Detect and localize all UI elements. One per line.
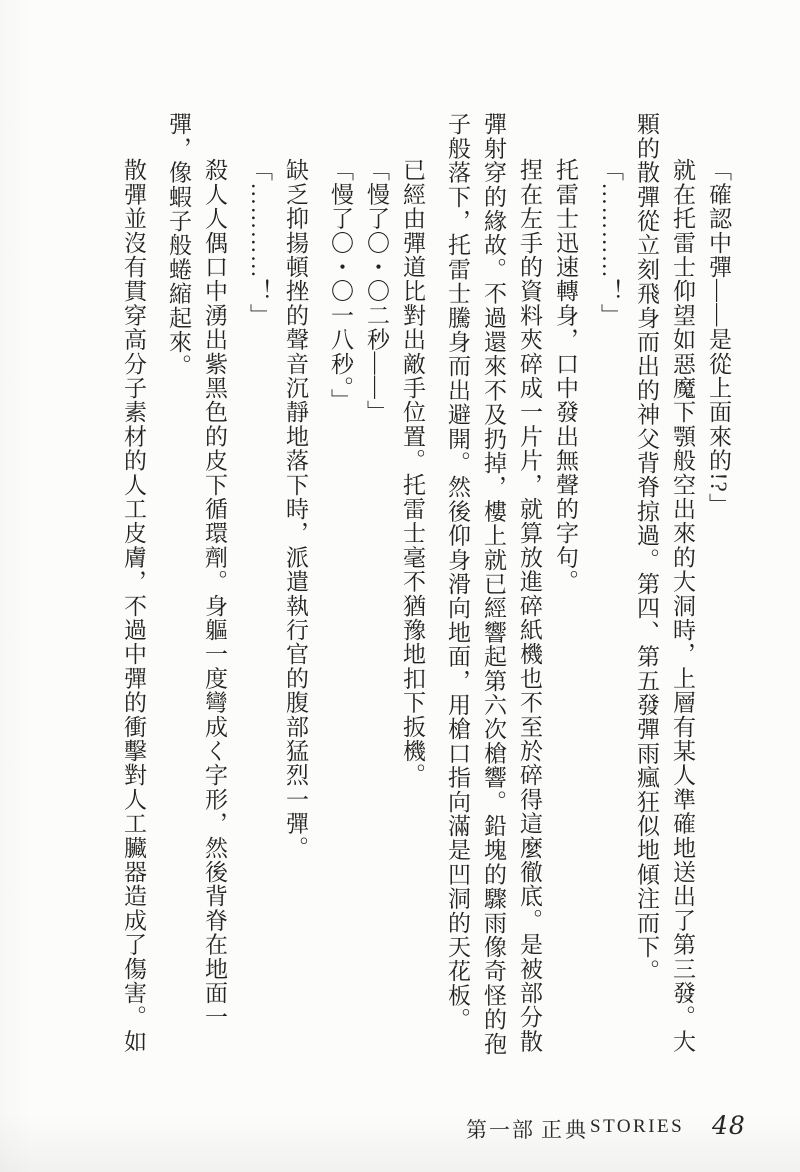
text-column: 「…………！」 — [241, 112, 277, 1090]
text-column: 「…………！」 — [592, 112, 628, 1090]
text-column: 就在托雷士仰望如惡魔下顎般空出來的大洞時，上層有某人準確地送出了第三發。大 — [664, 112, 700, 1090]
text-column: 彈射穿的緣故。不過還來不及扔掉，樓上就已經響起第六次槍響。鉛塊的驟雨像奇怪的孢 — [475, 112, 511, 1090]
text-column: 顆的散彈從立刻飛身而出的神父背脊掠過。第四、第五發彈雨瘋狂似地傾注而下。 — [628, 112, 664, 1090]
text-column: 子般落下，托雷士騰身而出避開。然後仰身滑向地面，用槍口指向滿是凹洞的天花板。 — [439, 112, 475, 1090]
page-number: 48 — [712, 1111, 746, 1140]
footer-part-label: 第一部 — [466, 1114, 535, 1144]
text-column: 捏在左手的資料夾碎成一片片，就算放進碎紙機也不至於碎得這麼徹底。是被部分散 — [511, 112, 547, 1090]
footer-book-title: 正典 — [541, 1114, 589, 1144]
text-column: 彈，像蝦子般蜷縮起來。 — [160, 112, 196, 1090]
main-text-block: 「確認中彈——是從上面來的!?」 就在托雷士仰望如惡魔下顎般空出來的大洞時，上層… — [115, 112, 736, 1090]
text-column: 「慢了〇・〇一八秒。」 — [322, 112, 358, 1090]
footer-series-label: STORIES — [590, 1116, 684, 1138]
text-column: 散彈並沒有貫穿高分子素材的人工皮膚，不過中彈的衝擊對人工臟器造成了傷害。如 — [115, 112, 151, 1090]
text-column: 「慢了〇・〇二秒——」 — [358, 112, 394, 1090]
book-page-scan: 「確認中彈——是從上面來的!?」 就在托雷士仰望如惡魔下顎般空出來的大洞時，上層… — [0, 0, 800, 1172]
text-column: 已經由彈道比對出敵手位置。托雷士毫不猶豫地扣下扳機。 — [394, 112, 430, 1090]
page-footer: 第一部 正典 STORIES 48 — [0, 1108, 800, 1152]
text-column: 「確認中彈——是從上面來的!?」 — [700, 112, 736, 1090]
text-column: 缺乏抑揚頓挫的聲音沉靜地落下時，派遣執行官的腹部猛烈一彈。 — [277, 112, 313, 1090]
text-column: 托雷士迅速轉身，口中發出無聲的字句。 — [547, 112, 583, 1090]
text-column: 殺人人偶口中湧出紫黑色的皮下循環劑。身軀一度彎成く字形，然後背脊在地面一 — [196, 112, 232, 1090]
